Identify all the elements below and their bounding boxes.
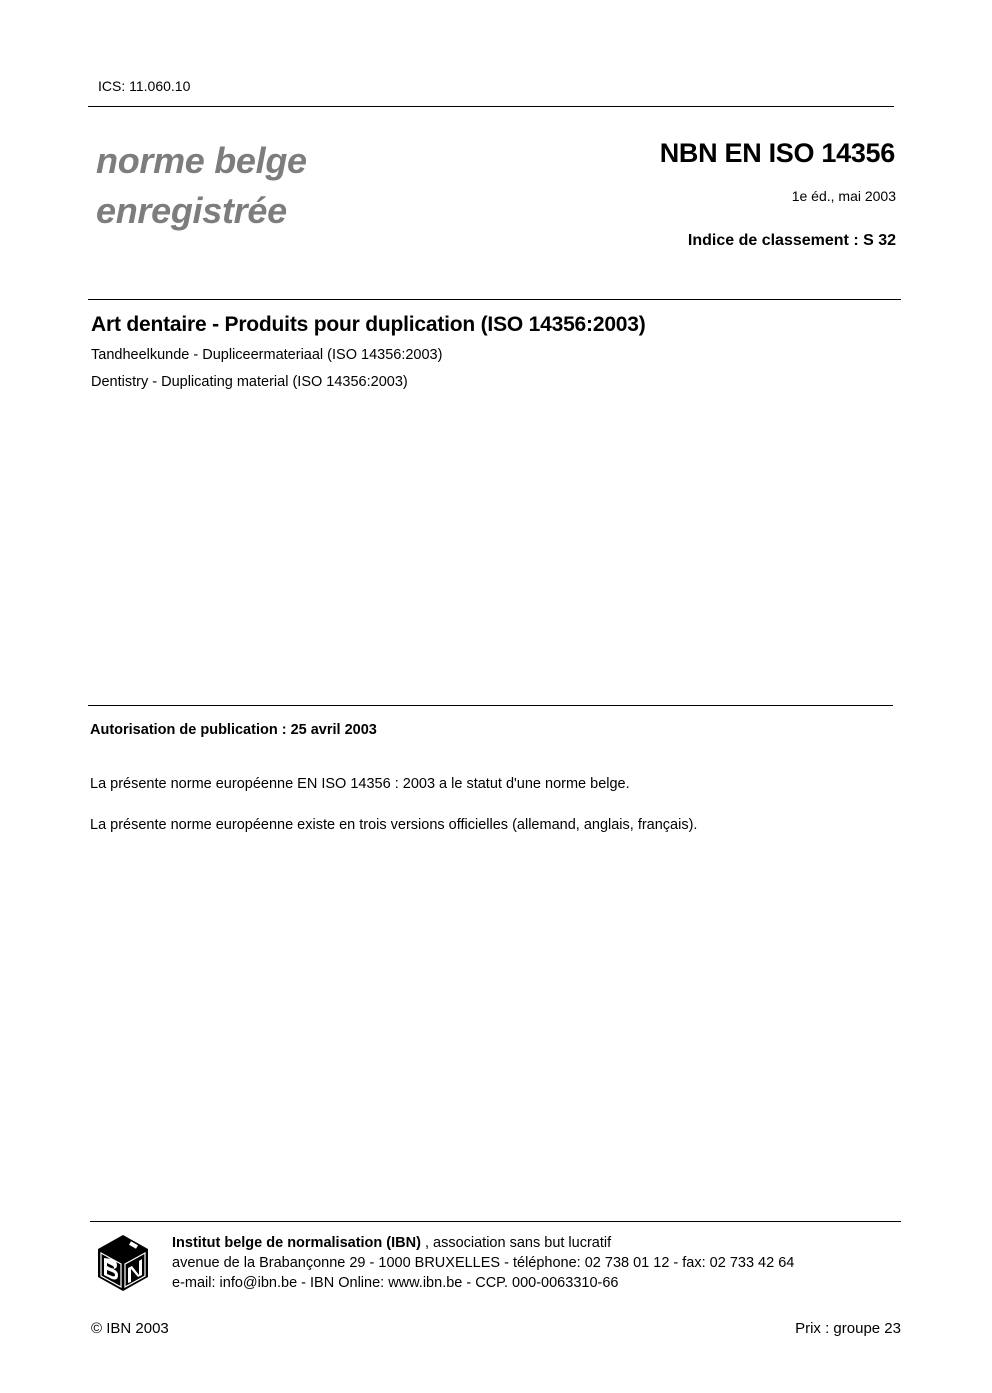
institute-name: Institut belge de normalisation (IBN): [172, 1235, 421, 1251]
institute-name-line: Institut belge de normalisation (IBN) , …: [172, 1233, 794, 1253]
title-dutch: Tandheelkunde - Dupliceermateriaal (ISO …: [91, 347, 442, 363]
standard-number: NBN EN ISO 14356: [660, 138, 895, 169]
title-english: Dentistry - Duplicating material (ISO 14…: [91, 374, 408, 390]
paragraph: La présente norme européenne EN ISO 1435…: [90, 776, 630, 792]
institute-info: Institut belge de normalisation (IBN) , …: [172, 1233, 794, 1293]
price-group: Prix : groupe 23: [795, 1320, 901, 1337]
ibn-logo-icon: [97, 1234, 149, 1292]
paragraph: La présente norme européenne existe en t…: [90, 817, 697, 833]
divider: [88, 705, 893, 706]
publication-authorization: Autorisation de publication : 25 avril 2…: [90, 722, 377, 738]
title-french: Art dentaire - Produits pour duplication…: [91, 313, 646, 337]
classification-index: Indice de classement : S 32: [688, 232, 896, 250]
norm-type-title: norme belge enregistrée: [96, 136, 307, 236]
institute-address: avenue de la Brabançonne 29 - 1000 BRUXE…: [172, 1253, 794, 1273]
norm-type-line-2: enregistrée: [96, 186, 307, 236]
divider: [90, 1221, 901, 1222]
institute-status: , association sans but lucratif: [421, 1235, 611, 1251]
ics-code: ICS: 11.060.10: [98, 78, 190, 94]
edition-date: 1e éd., mai 2003: [792, 188, 896, 204]
copyright: © IBN 2003: [91, 1320, 169, 1337]
divider: [88, 299, 901, 300]
norm-type-line-1: norme belge: [96, 136, 307, 186]
institute-contact: e-mail: info@ibn.be - IBN Online: www.ib…: [172, 1273, 794, 1293]
divider: [88, 106, 894, 107]
